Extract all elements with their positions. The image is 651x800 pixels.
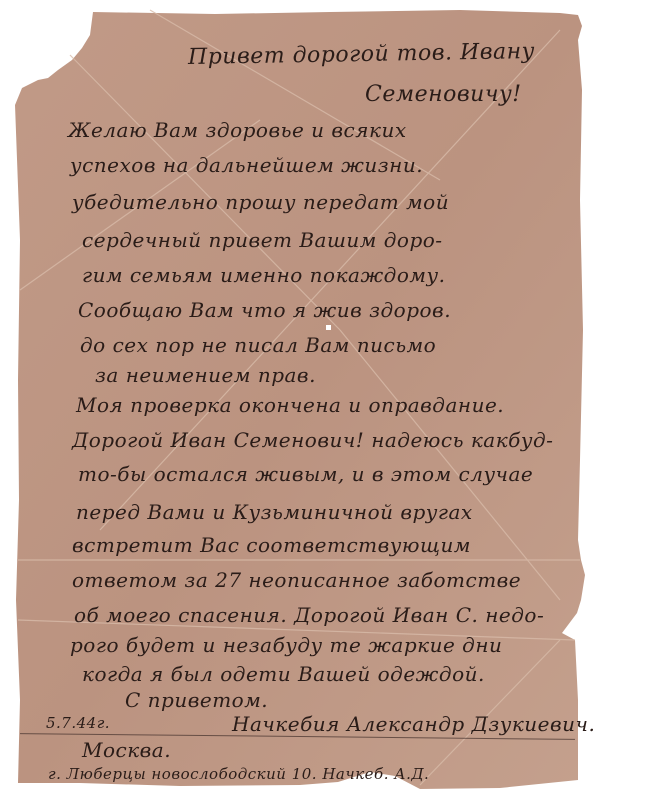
address-city: Москва. xyxy=(82,738,171,762)
date: 5.7.44г. xyxy=(46,714,110,732)
paper-hole xyxy=(326,325,331,330)
body-line: рого будет и незабуду те жаркие дни xyxy=(70,633,502,657)
body-line: до сех пор не писал Вам письмо xyxy=(80,333,436,357)
body-line: ответом за 27 неописанное заботстве xyxy=(72,568,521,592)
body-line: Сообщаю Вам что я жив здоров. xyxy=(78,298,451,322)
body-line: когда я был одети Вашей одеждой. xyxy=(82,662,485,686)
body-line: об моего спасения. Дорогой Иван С. недо- xyxy=(74,603,544,627)
body-line: успехов на дальнейшем жизни. xyxy=(70,153,423,177)
closing: С приветом. xyxy=(125,688,268,712)
body-line: гим семьям именно покаждому. xyxy=(82,263,445,287)
body-line: за неимением прав. xyxy=(95,363,316,387)
address-line: г. Люберцы новослободский 10. Начкеб. А.… xyxy=(48,765,429,783)
greeting-line-2: Семеновичу! xyxy=(365,82,522,107)
body-line: Желаю Вам здоровье и всяких xyxy=(68,118,407,142)
body-line: перед Вами и Кузьминичной вругах xyxy=(76,500,473,524)
body-line: Дорогой Иван Семенович! надеюсь какбуд- xyxy=(72,428,553,452)
body-line: Моя проверка окончена и оправдание. xyxy=(76,393,504,417)
letter-paper: Привет дорогой тов. Ивану Семеновичу! Же… xyxy=(0,0,651,800)
body-line: сердечный привет Вашим доро- xyxy=(82,228,443,252)
body-line: то-бы остался живым, и в этом случае xyxy=(78,462,533,486)
signature: Начкебия Александр Дзукиевич. xyxy=(232,712,595,736)
body-line: убедительно прошу передат мой xyxy=(72,190,449,214)
body-line: встретит Вас соответствующим xyxy=(72,533,471,557)
